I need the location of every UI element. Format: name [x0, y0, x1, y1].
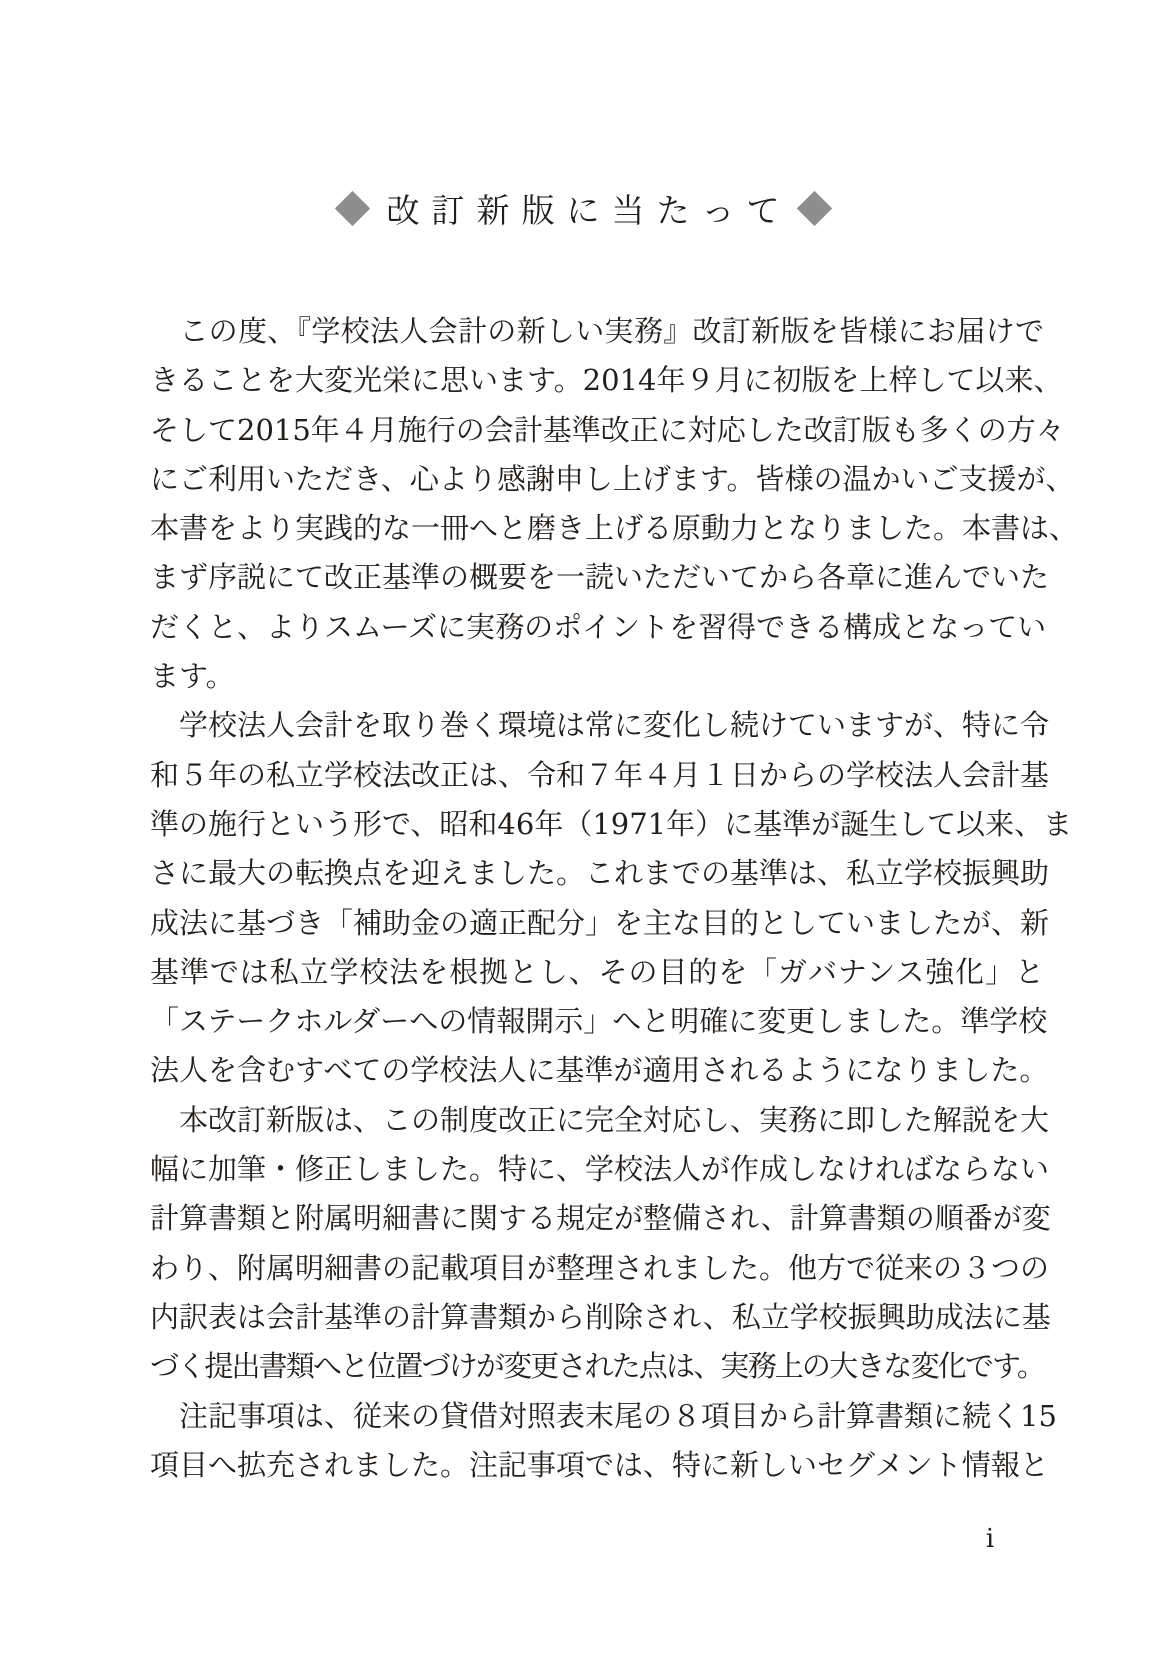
diamond-icon-left	[334, 190, 369, 225]
diamond-icon-right	[796, 190, 831, 225]
body-line: 幅に加筆・修正しました。特に、学校法人が作成しなければならない	[150, 1145, 1044, 1194]
body-line: 本書をより実践的な一冊へと磨き上げる原動力となりました。本書は、	[150, 504, 1044, 553]
body-line: この度、『学校法人会計の新しい実務』改訂新版を皆様にお届けで	[150, 307, 1044, 356]
body-line: 計算書類と附属明細書に関する規定が整備され、計算書類の順番が変	[150, 1194, 1044, 1243]
body-line: 準の施行という形で、昭和46年（1971年）に基準が誕生して以来、ま	[150, 800, 1044, 849]
body-line: 和５年の私立学校法改正は、令和７年４月１日からの学校法人会計基	[150, 751, 1044, 800]
body-line: 注記事項は、従来の貸借対照表末尾の８項目から計算書類に続く15	[150, 1392, 1044, 1441]
page-title: 改訂新版に当たって	[387, 185, 792, 232]
page-number: i	[960, 1524, 1020, 1554]
body-line: 内訳表は会計基準の計算書類から削除され、私立学校振興助成法に基	[150, 1293, 1044, 1342]
body-line: 「ステークホルダーへの情報開示」へと明確に変更しました。準学校	[150, 997, 1044, 1046]
body-line: にご利用いただき、心より感謝申し上げます。皆様の温かいご支援が、	[150, 455, 1044, 504]
body-line: 学校法人会計を取り巻く環境は常に変化し続けていますが、特に令	[150, 701, 1044, 750]
body-line: きることを大変光栄に思います。2014年９月に初版を上梓して以来、	[150, 356, 1044, 405]
body-line: わり、附属明細書の記載項目が整理されました。他方で従来の３つの	[150, 1244, 1044, 1293]
body-line: ます。	[150, 652, 1044, 701]
body-line: だくと、よりスムーズに実務のポイントを習得できる構成となってい	[150, 603, 1044, 652]
body-line: 基準では私立学校法を根拠とし、その目的を「ガバナンス強化」と	[150, 948, 1044, 997]
body-text: この度、『学校法人会計の新しい実務』改訂新版を皆様にお届けで きることを大変光栄…	[150, 307, 1044, 1490]
body-line: 本改訂新版は、この制度改正に完全対応し、実務に即した解説を大	[150, 1096, 1044, 1145]
body-line: づく提出書類へと位置づけが変更された点は、実務上の大きな変化です。	[150, 1342, 1044, 1391]
section-title: 改訂新版に当たって	[0, 178, 1166, 238]
body-line: さに最大の転換点を迎えました。これまでの基準は、私立学校振興助	[150, 849, 1044, 898]
body-line: 項目へ拡充されました。注記事項では、特に新しいセグメント情報と	[150, 1441, 1044, 1490]
body-line: まず序説にて改正基準の概要を一読いただいてから各章に進んでいた	[150, 553, 1044, 602]
body-line: 法人を含むすべての学校法人に基準が適用されるようになりました。	[150, 1046, 1044, 1095]
body-line: 成法に基づき「補助金の適正配分」を主な目的としていましたが、新	[150, 899, 1044, 948]
body-line: そして2015年４月施行の会計基準改正に対応した改訂版も多くの方々	[150, 406, 1044, 455]
document-page: 改訂新版に当たって この度、『学校法人会計の新しい実務』改訂新版を皆様にお届けで…	[0, 0, 1166, 1654]
